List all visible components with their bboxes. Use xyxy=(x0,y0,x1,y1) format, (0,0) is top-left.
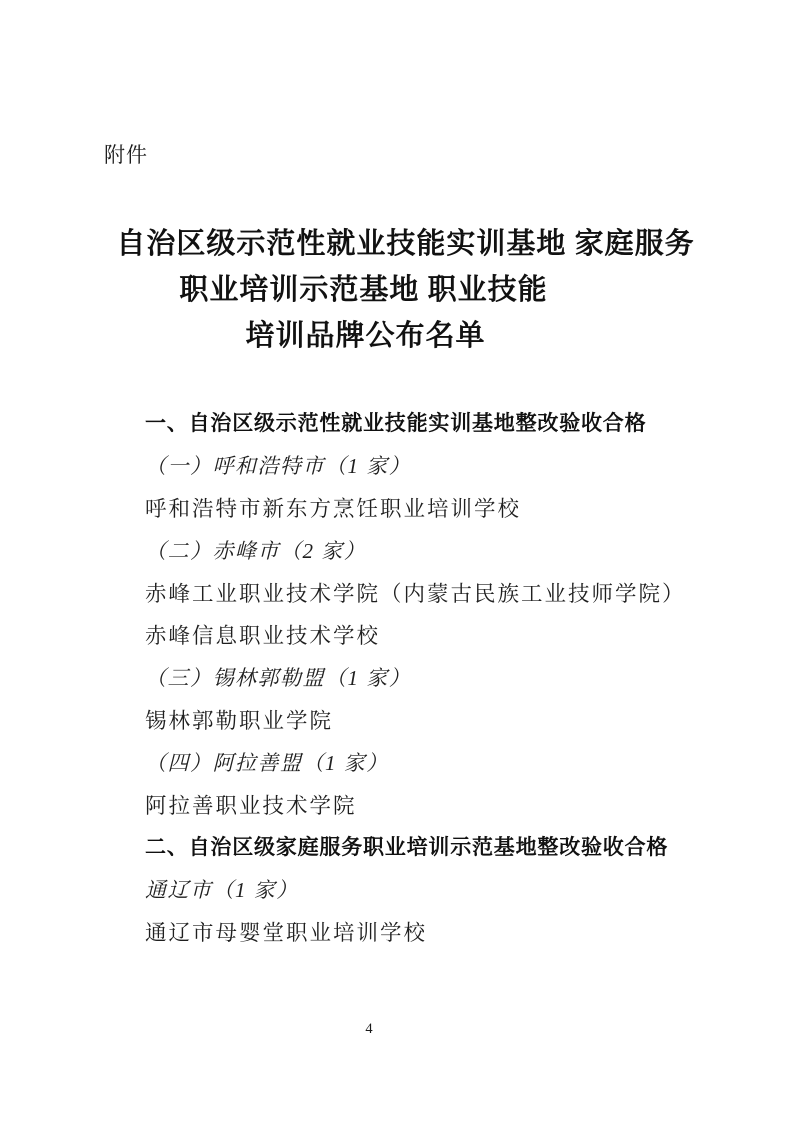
region-item: （二）赤峰市（2 家） xyxy=(145,530,773,572)
document-page: 附件 自治区级示范性就业技能实训基地 家庭服务 职业培训示范基地 职业技能 培训… xyxy=(0,0,793,1122)
attachment-label: 附件 xyxy=(104,143,148,169)
document-title-line-1: 自治区级示范性就业技能实训基地 家庭服务 xyxy=(9,221,793,267)
page-number: 4 xyxy=(0,1021,738,1038)
org-item: 阿拉善职业技术学院 xyxy=(145,785,773,827)
document-body: 一、自治区级示范性就业技能实训基地整改验收合格 （一）呼和浩特市（1 家） 呼和… xyxy=(145,403,773,954)
org-item: 通辽市母婴堂职业培训学校 xyxy=(145,912,773,954)
region-item: （四）阿拉善盟（1 家） xyxy=(145,742,773,784)
region-item: （一）呼和浩特市（1 家） xyxy=(145,445,773,487)
document-title: 自治区级示范性就业技能实训基地 家庭服务 职业培训示范基地 职业技能 培训品牌公… xyxy=(0,221,793,359)
org-item: 赤峰工业职业技术学院（内蒙古民族工业技师学院） xyxy=(145,573,773,615)
region-item: （三）锡林郭勒盟（1 家） xyxy=(145,657,773,699)
section-2-heading: 二、自治区级家庭服务职业培训示范基地整改验收合格 xyxy=(145,827,773,869)
org-item: 锡林郭勒职业学院 xyxy=(145,700,773,742)
region-item: 通辽市（1 家） xyxy=(145,869,773,911)
org-item: 呼和浩特市新东方烹饪职业培训学校 xyxy=(145,488,773,530)
org-item: 赤峰信息职业技术学校 xyxy=(145,615,773,657)
document-title-line-2: 职业培训示范基地 职业技能 xyxy=(0,267,760,313)
document-title-line-3: 培训品牌公布名单 xyxy=(0,313,762,359)
section-1-heading: 一、自治区级示范性就业技能实训基地整改验收合格 xyxy=(145,403,773,445)
